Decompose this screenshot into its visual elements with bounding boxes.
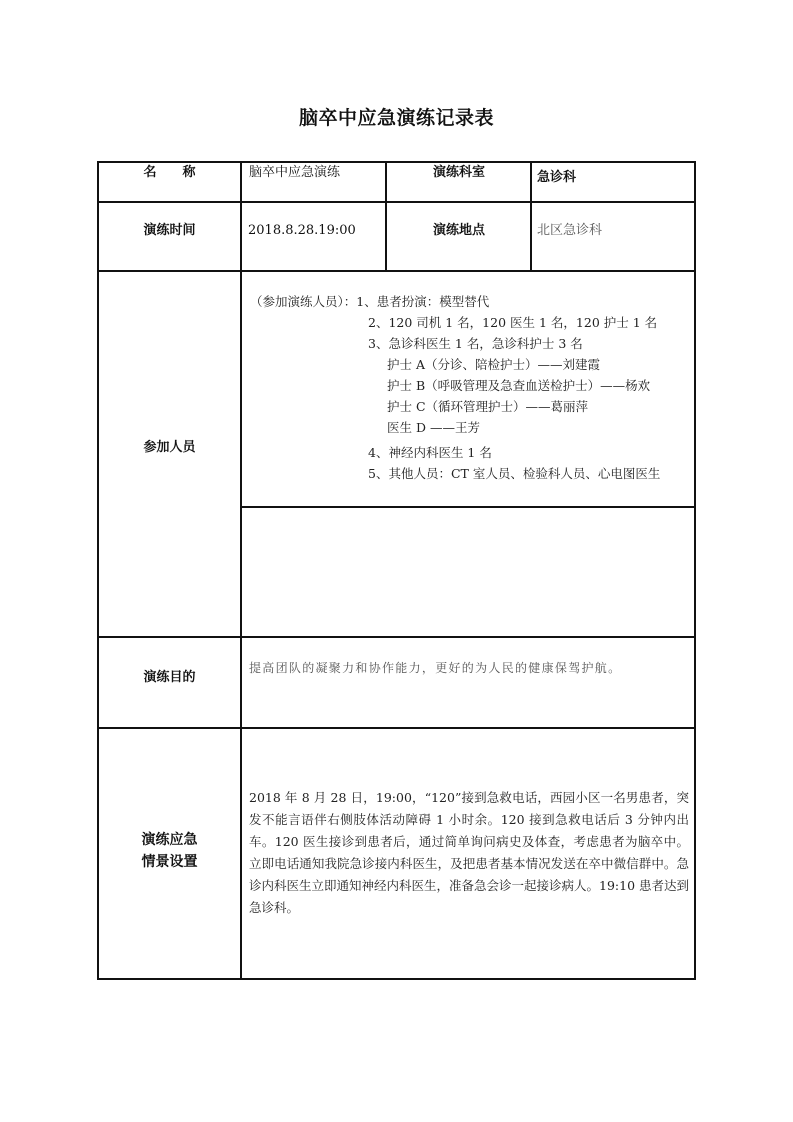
scenario-label-line2: 情景设置 — [98, 851, 241, 873]
time-value: 2018.8.28.19:00 — [248, 223, 356, 239]
participant-line: 2、120 司机 1 名，120 医生 1 名，120 护士 1 名 — [250, 312, 660, 333]
name-value: 脑卒中应急演练 — [249, 165, 340, 181]
location-label: 演练地点 — [387, 223, 531, 239]
table-border-bottom — [97, 978, 696, 980]
scenario-label-line1: 演练应急 — [98, 829, 241, 851]
purpose-text: 提高团队的凝聚力和协作能力，更好的为人民的健康保驾护航。 — [249, 659, 621, 676]
participant-line: 护士 C（循环管理护士）——葛丽萍 — [250, 396, 660, 417]
time-label: 演练时间 — [98, 223, 241, 239]
participant-line: （参加演练人员）：1、患者扮演：模型替代 — [250, 291, 660, 312]
row-divider — [240, 506, 696, 508]
location-value: 北区急诊科 — [537, 223, 602, 239]
table-border-top — [97, 161, 696, 163]
participant-line: 医生 D ——王芳 — [250, 417, 660, 438]
row-divider — [97, 201, 696, 203]
dept-label: 演练科室 — [387, 165, 531, 181]
participant-line: 护士 B（呼吸管理及急查血送检护士）——杨欢 — [250, 375, 660, 396]
scenario-text: 2018 年 8 月 28 日，19:00，“120”接到急救电话，西园小区一名… — [249, 787, 689, 919]
row-divider — [97, 727, 696, 729]
row-divider — [97, 636, 696, 638]
table-border-right — [694, 161, 696, 980]
participant-line: 3、急诊科医生 1 名，急诊科护士 3 名 — [250, 333, 660, 354]
participants-list: （参加演练人员）：1、患者扮演：模型替代 2、120 司机 1 名，120 医生… — [250, 291, 660, 484]
purpose-label: 演练目的 — [98, 670, 241, 686]
dept-value: 急诊科 — [537, 170, 576, 186]
name-label: 名 称 — [98, 165, 241, 181]
participant-line: 4、神经内科医生 1 名 — [250, 442, 660, 463]
participants-label: 参加人员 — [98, 440, 241, 456]
scenario-label: 演练应急 情景设置 — [98, 829, 241, 873]
participant-line: 护士 A（分诊、陪检护士）——刘建霞 — [250, 354, 660, 375]
row-divider — [97, 270, 696, 272]
participant-line: 5、其他人员：CT 室人员、检验科人员、心电图医生 — [250, 463, 660, 484]
page-title: 脑卒中应急演练记录表 — [0, 103, 793, 130]
